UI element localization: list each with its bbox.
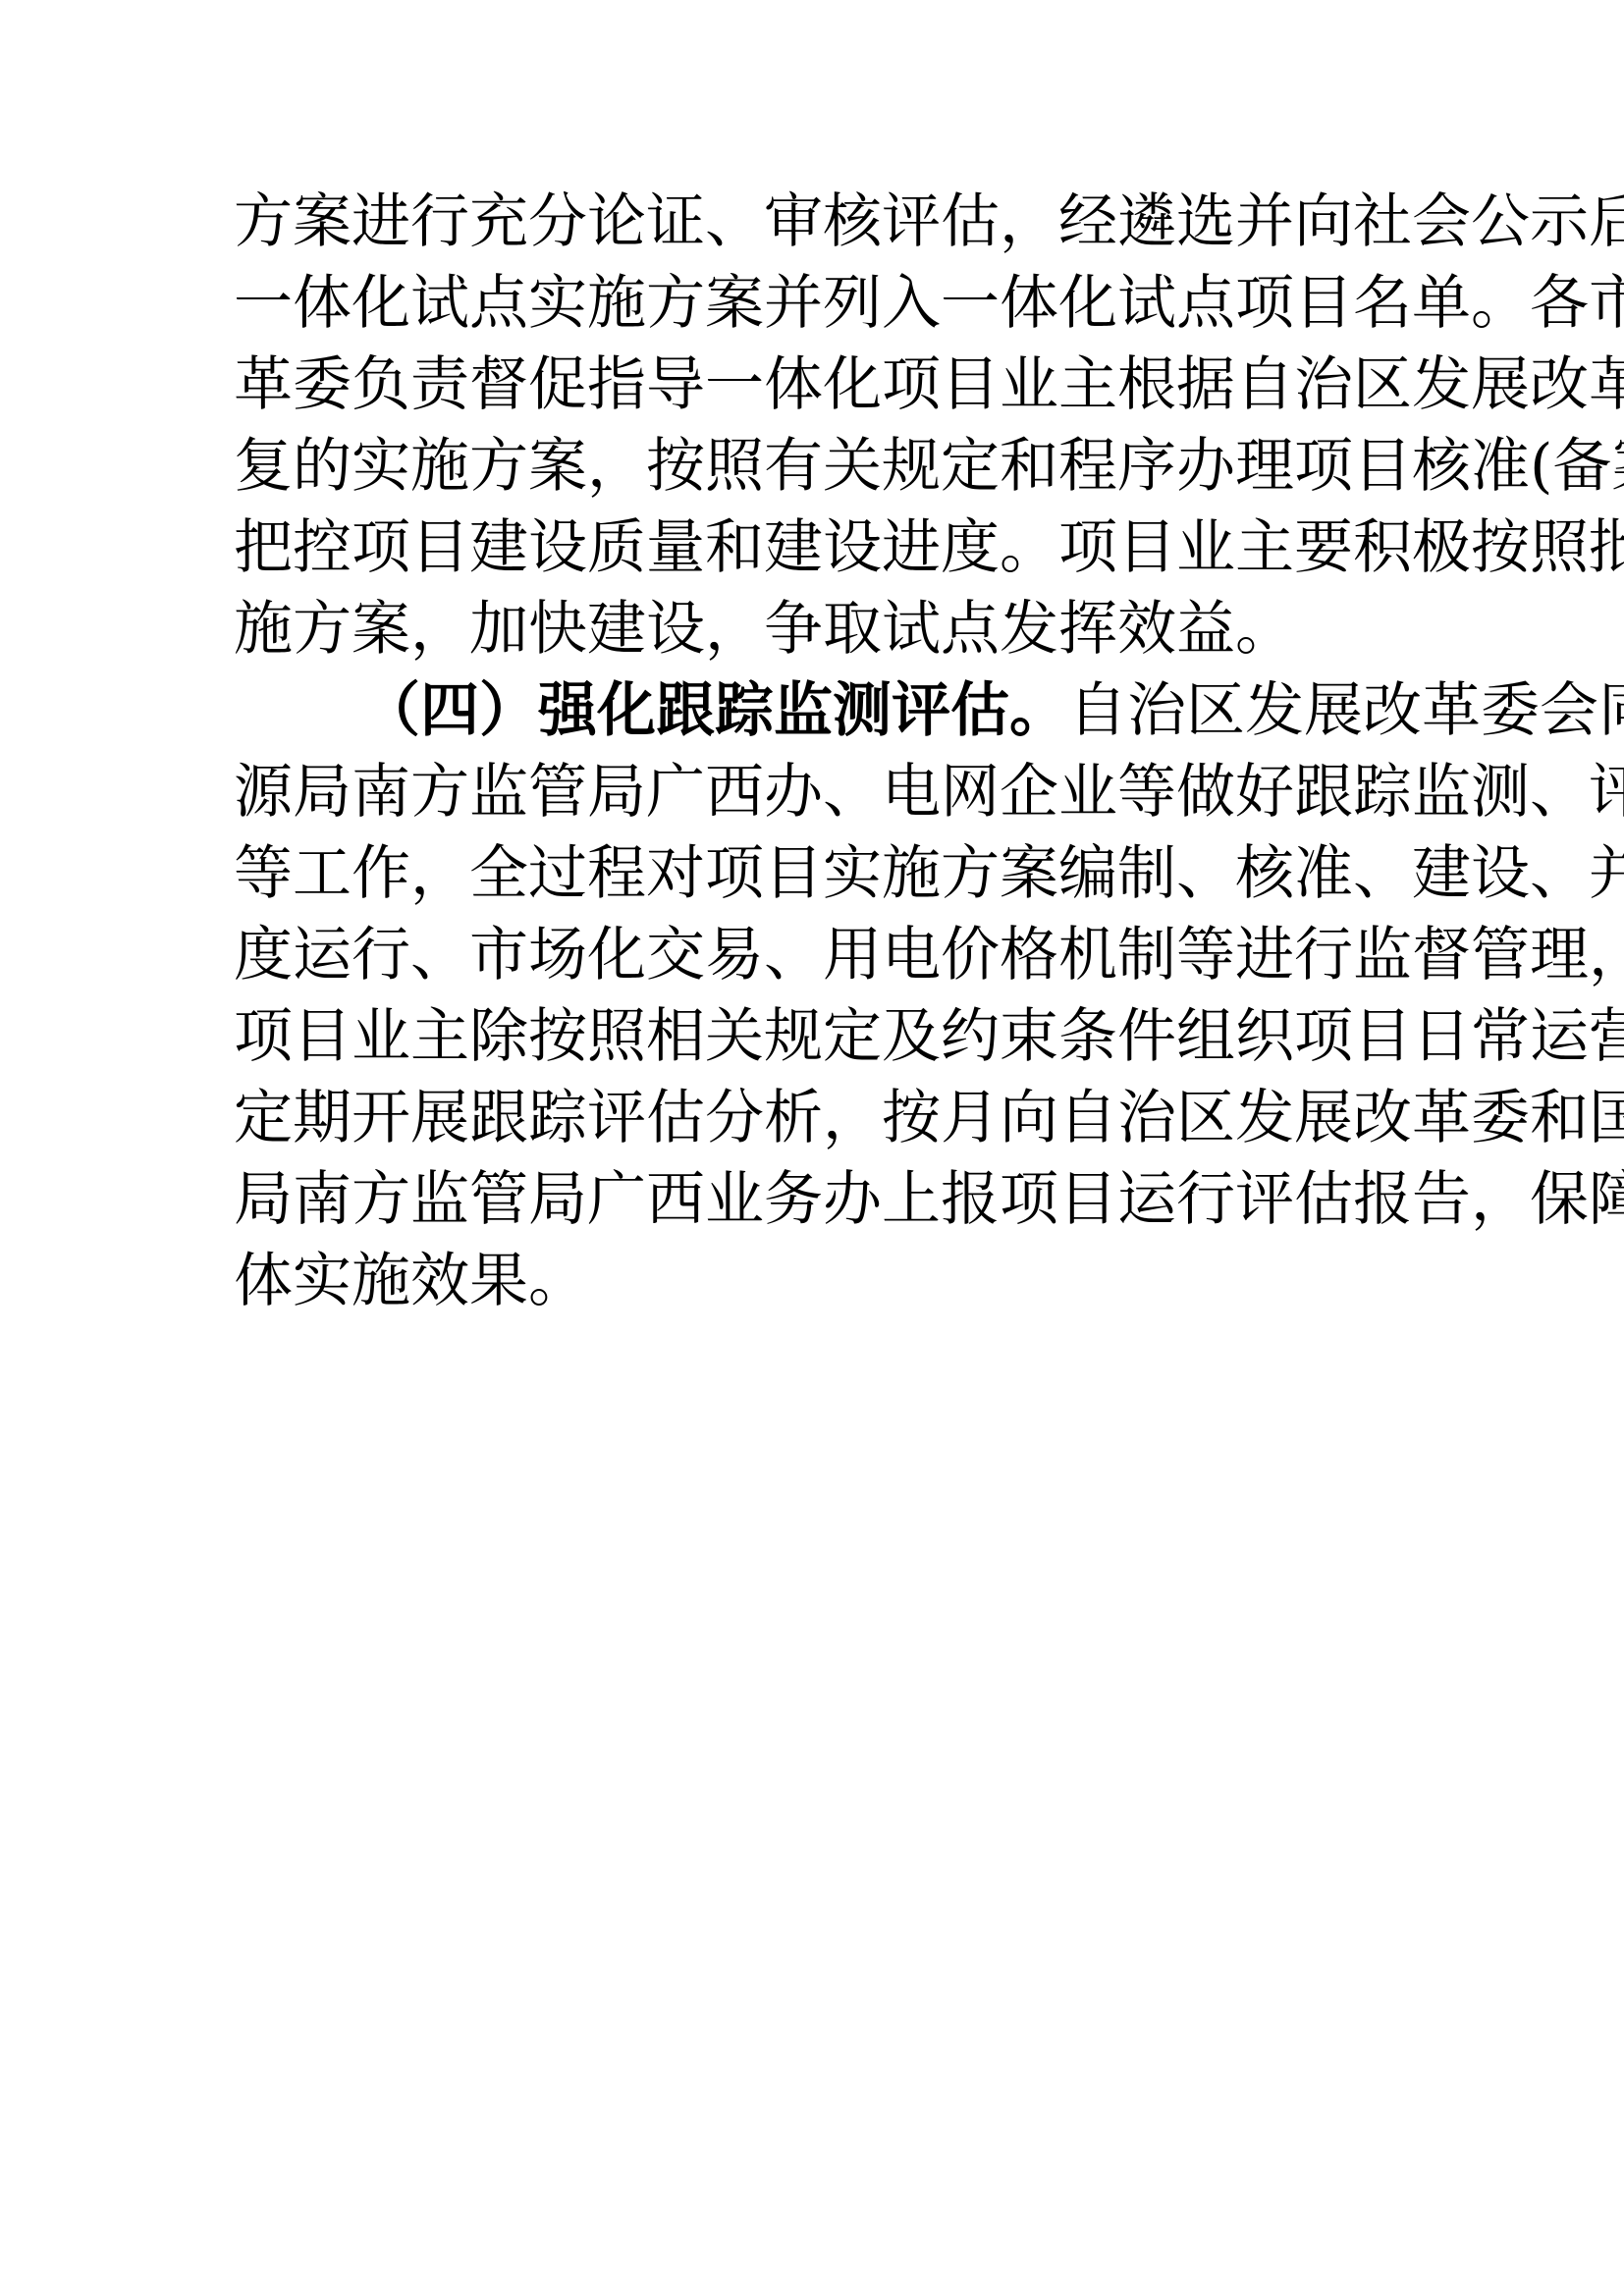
text-line: 定期开展跟踪评估分析，按月向自治区发展改革委和国家能源 — [234, 1087, 1396, 1168]
text-line: 复的实施方案，按照有关规定和程序办理项目核准(备案)手续， — [234, 435, 1396, 516]
text-line: 革委负责督促指导一体化项目业主根据自治区发展改革委批 — [234, 353, 1396, 435]
text-line: 方案进行充分论证、审核评估，经遴选并向社会公示后，批复 — [234, 190, 1396, 272]
paragraph-implementation: 方案进行充分论证、审核评估，经遴选并向社会公示后，批复 一体化试点实施方案并列入… — [234, 190, 1396, 679]
section-heading: （四）强化跟踪监测评估。 — [361, 676, 1068, 745]
text-line-first: （四）强化跟踪监测评估。自治区发展改革委会同国家能 — [234, 679, 1396, 761]
text-line: 源局南方监管局广西办、电网企业等做好跟踪监测、评估分析 — [234, 761, 1396, 842]
text-line: 施方案，加快建设，争取试点发挥效益。 — [234, 598, 1396, 679]
text-line: 项目业主除按照相关规定及约束条件组织项目日常运营外，要 — [234, 1005, 1396, 1087]
text-line: 一体化试点实施方案并列入一体化试点项目名单。各市发展改 — [234, 272, 1396, 353]
paragraph-monitoring: （四）强化跟踪监测评估。自治区发展改革委会同国家能 源局南方监管局广西办、电网企… — [234, 679, 1396, 1331]
text-line: 局南方监管局广西业务办上报项目运行评估报告，保障项目整 — [234, 1168, 1396, 1250]
text-line: 体实施效果。 — [234, 1250, 1396, 1331]
text-line: 把控项目建设质量和建设进度。项目业主要积极按照批复的实 — [234, 516, 1396, 598]
text-line: 等工作，全过程对项目实施方案编制、核准、建设、并网、调 — [234, 842, 1396, 924]
document-page: 方案进行充分论证、审核评估，经遴选并向社会公示后，批复 一体化试点实施方案并列入… — [234, 190, 1396, 1331]
text-line: 度运行、市场化交易、用电价格机制等进行监督管理，一体化 — [234, 924, 1396, 1005]
heading-rest-text: 自治区发展改革委会同国家能 — [1068, 676, 1624, 745]
